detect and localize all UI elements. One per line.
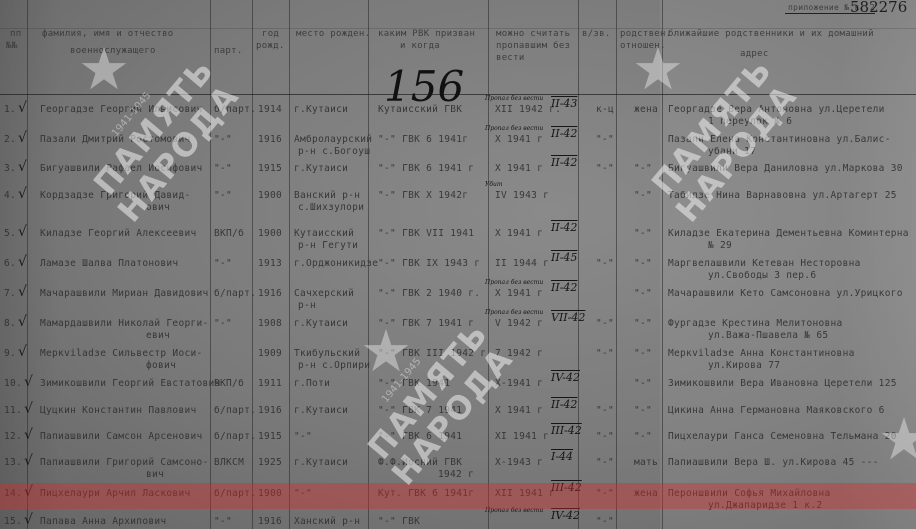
- soldier-name: Ламазе Шалва Платонович: [40, 258, 178, 270]
- relative-address: Зимикошвили Вера Ивановна Церетели 125: [668, 378, 897, 390]
- missing-note: Пропал без вести: [485, 309, 543, 316]
- soldier-name-cont: фович: [146, 360, 176, 372]
- handwritten-mark: III-42: [551, 424, 582, 437]
- handwritten-mark: IV-42: [551, 509, 580, 522]
- birthplace-cont: р-н с.Богоуш: [298, 146, 370, 158]
- handwritten-mark: II-45: [551, 251, 577, 264]
- handwritten-mark: II-42: [551, 156, 577, 169]
- column-header-missing: пропавшим без: [496, 40, 570, 52]
- missing-note: Пропал без вести: [485, 125, 543, 132]
- drafted-by: Кутаисский ГВК: [378, 104, 462, 116]
- checkmark-icon: √: [24, 453, 33, 469]
- birthplace: "-": [294, 431, 312, 443]
- handwritten-mark: II-42: [551, 398, 577, 411]
- document-ref-number: 582276: [850, 0, 907, 16]
- scanned-document: приложение № к. 2 582276 №№ппфамилия, им…: [0, 0, 916, 529]
- party-status: ВЛКСМ: [214, 457, 244, 469]
- drafted-by: "-" ГВК VII 1941: [378, 228, 474, 240]
- birth-year: 1915: [258, 431, 282, 443]
- column-divider: [27, 0, 28, 529]
- column-divider: [488, 0, 489, 529]
- birth-year: 1913: [258, 258, 282, 270]
- rank: "-": [596, 405, 614, 417]
- birth-year: 1900: [258, 228, 282, 240]
- birthplace: Ткибульский: [294, 348, 360, 360]
- missing-note: Пропал без вести: [485, 279, 543, 286]
- soldier-name: Мачарашвили Мириан Давидович: [40, 288, 209, 300]
- birth-year: 1911: [258, 378, 282, 390]
- rank: "-": [596, 134, 614, 146]
- row-number: 15.: [4, 516, 22, 528]
- checkmark-icon: √: [18, 100, 27, 116]
- birthplace: Ванский р-н: [294, 190, 360, 202]
- missing-date: X 1941 г: [495, 228, 543, 240]
- row-number: 12.: [4, 431, 22, 443]
- rank: "-": [596, 457, 614, 469]
- relative-address-cont: ул.Важа-Пшавела № 65: [708, 330, 828, 342]
- handwritten-mark: I-44: [551, 450, 573, 463]
- party-status: б/парт.: [214, 288, 256, 300]
- relation: "-": [634, 348, 652, 360]
- relation: "-": [634, 378, 652, 390]
- missing-date: V 1942 г: [495, 318, 543, 330]
- drafted-by: "-" ГВК 6 1941 г: [378, 163, 474, 175]
- party-status: "-": [214, 190, 232, 202]
- checkmark-icon: √: [18, 159, 27, 175]
- party-status: "-": [214, 318, 232, 330]
- handwritten-mark: VII-42: [551, 311, 585, 324]
- column-divider: [578, 0, 579, 529]
- birthplace-cont: р-н Гегути: [298, 240, 358, 252]
- birth-year: 1915: [258, 163, 282, 175]
- checkmark-icon: √: [18, 284, 27, 300]
- column-header-num: №№: [6, 40, 17, 52]
- birth-year: 1916: [258, 288, 282, 300]
- missing-date: XI 1941 г: [495, 431, 549, 443]
- relative-address: Фургадзе Крестина Мелитоновна: [668, 318, 843, 330]
- checkmark-icon: √: [24, 401, 33, 417]
- star-icon: ★: [878, 410, 916, 468]
- relative-address: Киладзе Екатерина Дементьевна Коминтерна: [668, 228, 909, 240]
- row-number: 5.: [4, 228, 16, 240]
- party-status: "-": [214, 516, 232, 528]
- birthplace: г.Кутаиси: [294, 318, 348, 330]
- missing-note: Убит: [485, 181, 503, 188]
- soldier-name: Мамардашвили Николай Георги-: [40, 318, 209, 330]
- row-number: 8.: [4, 318, 16, 330]
- missing-date: X 1941 г: [495, 288, 543, 300]
- handwritten-mark: II-42: [551, 281, 577, 294]
- missing-date: X 1941 г: [495, 134, 543, 146]
- relation: "-": [634, 228, 652, 240]
- star-icon: ★: [78, 40, 130, 98]
- column-header-year: рожд.: [256, 40, 285, 52]
- column-header-missing: можно считать: [496, 28, 570, 40]
- row-number: 13.: [4, 457, 22, 469]
- checkmark-icon: √: [18, 186, 27, 202]
- handwritten-mark: IV-42: [551, 371, 580, 384]
- birth-year: 1908: [258, 318, 282, 330]
- birthplace-cont: р-н: [298, 300, 316, 312]
- birthplace: Сачхерский: [294, 288, 354, 300]
- soldier-name: Папиашвили Григорий Самсоно-: [40, 457, 209, 469]
- highlighted-row-band: [0, 483, 916, 509]
- birthplace: Кутаисский: [294, 228, 354, 240]
- relation: жена: [634, 104, 658, 116]
- column-header-birthplace: место рожден.: [296, 28, 370, 40]
- column-header-drafted: и когда: [400, 40, 440, 52]
- relative-address: Папиашвили Вера Ш. ул.Кирова 45 ---: [668, 457, 879, 469]
- birth-year: 1914: [258, 104, 282, 116]
- birth-year: 1925: [258, 457, 282, 469]
- drafted-by: "-" ГВК: [378, 516, 420, 528]
- checkmark-icon: √: [24, 512, 33, 528]
- relative-address-cont: ул.Свободы 3 пер.6: [708, 270, 816, 282]
- drafted-by: "-" ГВК X 1942г: [378, 190, 468, 202]
- column-divider: [289, 0, 290, 529]
- row-number: 6.: [4, 258, 16, 270]
- column-divider: [252, 0, 253, 529]
- checkmark-icon: √: [18, 224, 27, 240]
- relative-address-cont: ул.Кирова 77: [708, 360, 780, 372]
- soldier-name: Киладзе Георгий Алексеевич: [40, 228, 197, 240]
- soldier-name: Зимикошвили Георгий Евстатович: [40, 378, 221, 390]
- birth-year: 1916: [258, 134, 282, 146]
- drafted-by: "-" ГВК IX 1943 г: [378, 258, 480, 270]
- party-status: "-": [214, 163, 232, 175]
- handwritten-mark: II-42: [551, 221, 577, 234]
- relation: "-": [634, 190, 652, 202]
- star-icon: ★: [632, 40, 684, 98]
- soldier-name-cont: вич: [146, 469, 164, 481]
- birthplace: г.Поти: [294, 378, 330, 390]
- checkmark-icon: √: [24, 427, 33, 443]
- relative-address-cont: № 29: [708, 240, 732, 252]
- rank: "-": [596, 431, 614, 443]
- checkmark-icon: √: [18, 344, 27, 360]
- missing-date: IV 1943 г: [495, 190, 549, 202]
- column-header-year: год: [262, 28, 279, 40]
- relation: "-": [634, 318, 652, 330]
- drafted-by-cont: 1942 г: [438, 469, 474, 481]
- relation: "-": [634, 431, 652, 443]
- row-number: 7.: [4, 288, 16, 300]
- checkmark-icon: √: [18, 314, 27, 330]
- birthplace: Ханский р-н: [294, 516, 360, 528]
- rank: к-ц: [596, 104, 614, 116]
- birthplace: г.Кутаиси: [294, 405, 348, 417]
- row-number: 1.: [4, 104, 16, 116]
- soldier-name: Папиашвили Самсон Арсенович: [40, 431, 203, 443]
- missing-date: X 1941 г: [495, 405, 543, 417]
- column-header-num: пп: [10, 28, 21, 40]
- party-status: б/парт.: [214, 431, 256, 443]
- checkmark-icon: √: [18, 254, 27, 270]
- relative-address: Меркviladзе Анна Константиновна: [668, 348, 855, 360]
- birth-year: 1916: [258, 516, 282, 528]
- row-number: 11.: [4, 405, 22, 417]
- row-number: 2.: [4, 134, 16, 146]
- handwritten-mark: II-42: [551, 127, 577, 140]
- relation: "-": [634, 405, 652, 417]
- relation: мать: [634, 457, 658, 469]
- row-number: 4.: [4, 190, 16, 202]
- birthplace-cont: с.Шихзулори: [298, 202, 364, 214]
- rank: "-": [596, 258, 614, 270]
- soldier-name: Меркviladзе Сильвестр Иоси-: [40, 348, 203, 360]
- relative-address: Мачарашвили Кето Самсоновна ул.Урицкого: [668, 288, 903, 300]
- drafted-by: "-" ГВК 2 1940 г.: [378, 288, 480, 300]
- birthplace: г.Орджоникидзе: [294, 258, 378, 270]
- column-header-missing: вести: [496, 52, 525, 64]
- rank: "-": [596, 318, 614, 330]
- birthplace: г.Кутаиси: [294, 163, 348, 175]
- row-number: 10.: [4, 378, 22, 390]
- birthplace: г.Кутаиси: [294, 104, 348, 116]
- party-status: ВКП/б: [214, 378, 244, 390]
- missing-date: X 1941 г: [495, 163, 543, 175]
- rank: "-": [596, 348, 614, 360]
- birth-year: 1900: [258, 190, 282, 202]
- missing-note: Пропал без вести: [485, 95, 543, 102]
- party-status: б/парт.: [214, 405, 256, 417]
- birth-year: 1916: [258, 405, 282, 417]
- column-divider: [616, 0, 617, 529]
- soldier-name: Папава Анна Архипович: [40, 516, 166, 528]
- column-header-drafted: каким РВК призван: [378, 28, 475, 40]
- relative-address: Цикина Анна Германовна Маяковского 6: [668, 405, 885, 417]
- row-number: 3.: [4, 163, 16, 175]
- relation: "-": [634, 258, 652, 270]
- relation: "-": [634, 288, 652, 300]
- column-header-rank: в/зв.: [582, 28, 611, 40]
- soldier-name-cont: евич: [146, 330, 170, 342]
- birthplace: Амбролаурский: [294, 134, 372, 146]
- party-status: "-": [214, 258, 232, 270]
- column-header-address: ближайшие родственники и их домашний: [668, 28, 874, 40]
- party-status: ВКП/б: [214, 228, 244, 240]
- missing-date: II 1944 г: [495, 258, 549, 270]
- checkmark-icon: √: [24, 374, 33, 390]
- drafted-by: "-" ГВК 6 1941г: [378, 134, 468, 146]
- rank: "-": [596, 163, 614, 175]
- soldier-name: Цуцкин Константин Павлович: [40, 405, 197, 417]
- checkmark-icon: √: [18, 130, 27, 146]
- column-header-party: парт.: [214, 45, 243, 57]
- birth-year: 1909: [258, 348, 282, 360]
- relative-address: Пицхелаури Ганса Семеновна Тельмана 20: [668, 431, 897, 443]
- missing-date: X-1943 г: [495, 457, 543, 469]
- row-number: 9.: [4, 348, 16, 360]
- relative-address: Маргвелашвили Кетеван Несторовна: [668, 258, 861, 270]
- birthplace: г.Кутаиси: [294, 457, 348, 469]
- rank: "-": [596, 516, 614, 528]
- handwritten-mark: II-43: [551, 97, 577, 110]
